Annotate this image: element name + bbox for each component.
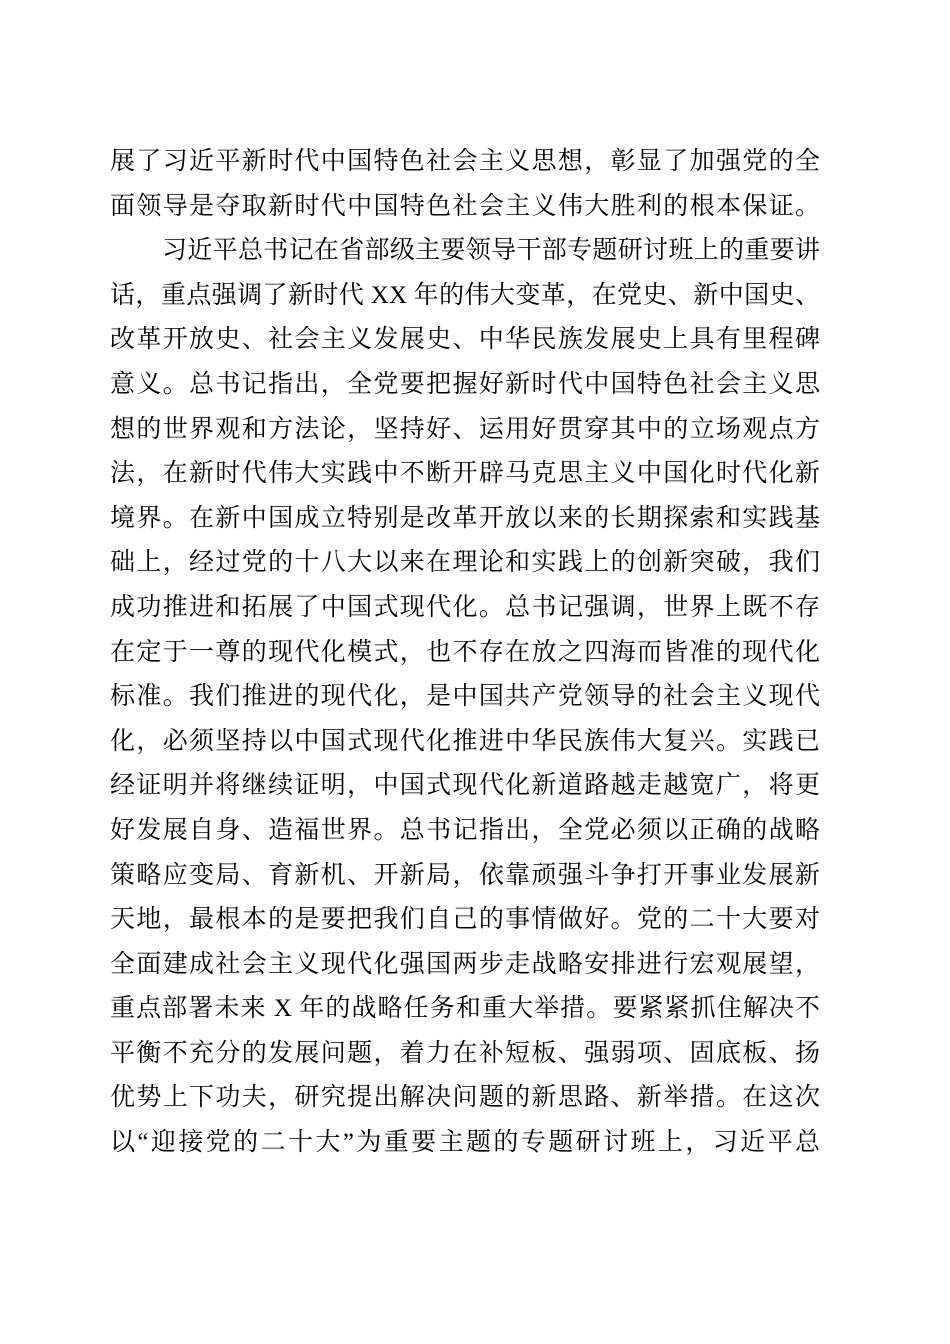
text-line: 优势上下功夫，研究提出解决问题的新思路、新举措。在这次 <box>110 1076 820 1121</box>
text-line: 标准。我们推进的现代化，是中国共产党领导的社会主义现代 <box>110 675 820 720</box>
text-line: 策略应变局、育新机、开新局，依靠顽强斗争打开事业发展新 <box>110 854 820 899</box>
text-line: 以“迎接党的二十大”为重要主题的专题研讨班上，习近平总 <box>110 1121 820 1166</box>
text-line: 平衡不充分的发展问题，着力在补短板、强弱项、固底板、扬 <box>110 1032 820 1077</box>
text-line: 经证明并将继续证明，中国式现代化新道路越走越宽广，将更 <box>110 764 820 809</box>
text-line: 意义。总书记指出，全党要把握好新时代中国特色社会主义思 <box>110 363 820 408</box>
text-line: 化，必须坚持以中国式现代化推进中华民族伟大复兴。实践已 <box>110 720 820 765</box>
text-line: 境界。在新中国成立特别是改革开放以来的长期探索和实践基 <box>110 497 820 542</box>
text-line: 础上，经过党的十八大以来在理论和实践上的创新突破，我们 <box>110 541 820 586</box>
text-line: 展了习近平新时代中国特色社会主义思想，彰显了加强党的全 <box>110 140 820 185</box>
document-text-block: 展了习近平新时代中国特色社会主义思想，彰显了加强党的全 面领导是夺取新时代中国特… <box>110 140 820 1166</box>
text-line: 改革开放史、社会主义发展史、中华民族发展史上具有里程碑 <box>110 318 820 363</box>
document-page: 展了习近平新时代中国特色社会主义思想，彰显了加强党的全 面领导是夺取新时代中国特… <box>0 0 950 1344</box>
text-line: 面领导是夺取新时代中国特色社会主义伟大胜利的根本保证。 <box>110 185 820 230</box>
text-line: 话，重点强调了新时代 XX 年的伟大变革，在党史、新中国史、 <box>110 274 820 319</box>
text-line: 重点部署未来 X 年的战略任务和重大举措。要紧紧抓住解决不 <box>110 987 820 1032</box>
text-line: 全面建成社会主义现代化强国两步走战略安排进行宏观展望， <box>110 943 820 988</box>
text-line: 成功推进和拓展了中国式现代化。总书记强调，世界上既不存 <box>110 586 820 631</box>
text-line: 法，在新时代伟大实践中不断开辟马克思主义中国化时代化新 <box>110 452 820 497</box>
text-line: 好发展自身、造福世界。总书记指出，全党必须以正确的战略 <box>110 809 820 854</box>
text-line-paragraph-start: 习近平总书记在省部级主要领导干部专题研讨班上的重要讲 <box>110 229 820 274</box>
text-line: 在定于一尊的现代化模式，也不存在放之四海而皆准的现代化 <box>110 631 820 676</box>
text-line: 天地，最根本的是要把我们自己的事情做好。党的二十大要对 <box>110 898 820 943</box>
text-line: 想的世界观和方法论，坚持好、运用好贯穿其中的立场观点方 <box>110 408 820 453</box>
